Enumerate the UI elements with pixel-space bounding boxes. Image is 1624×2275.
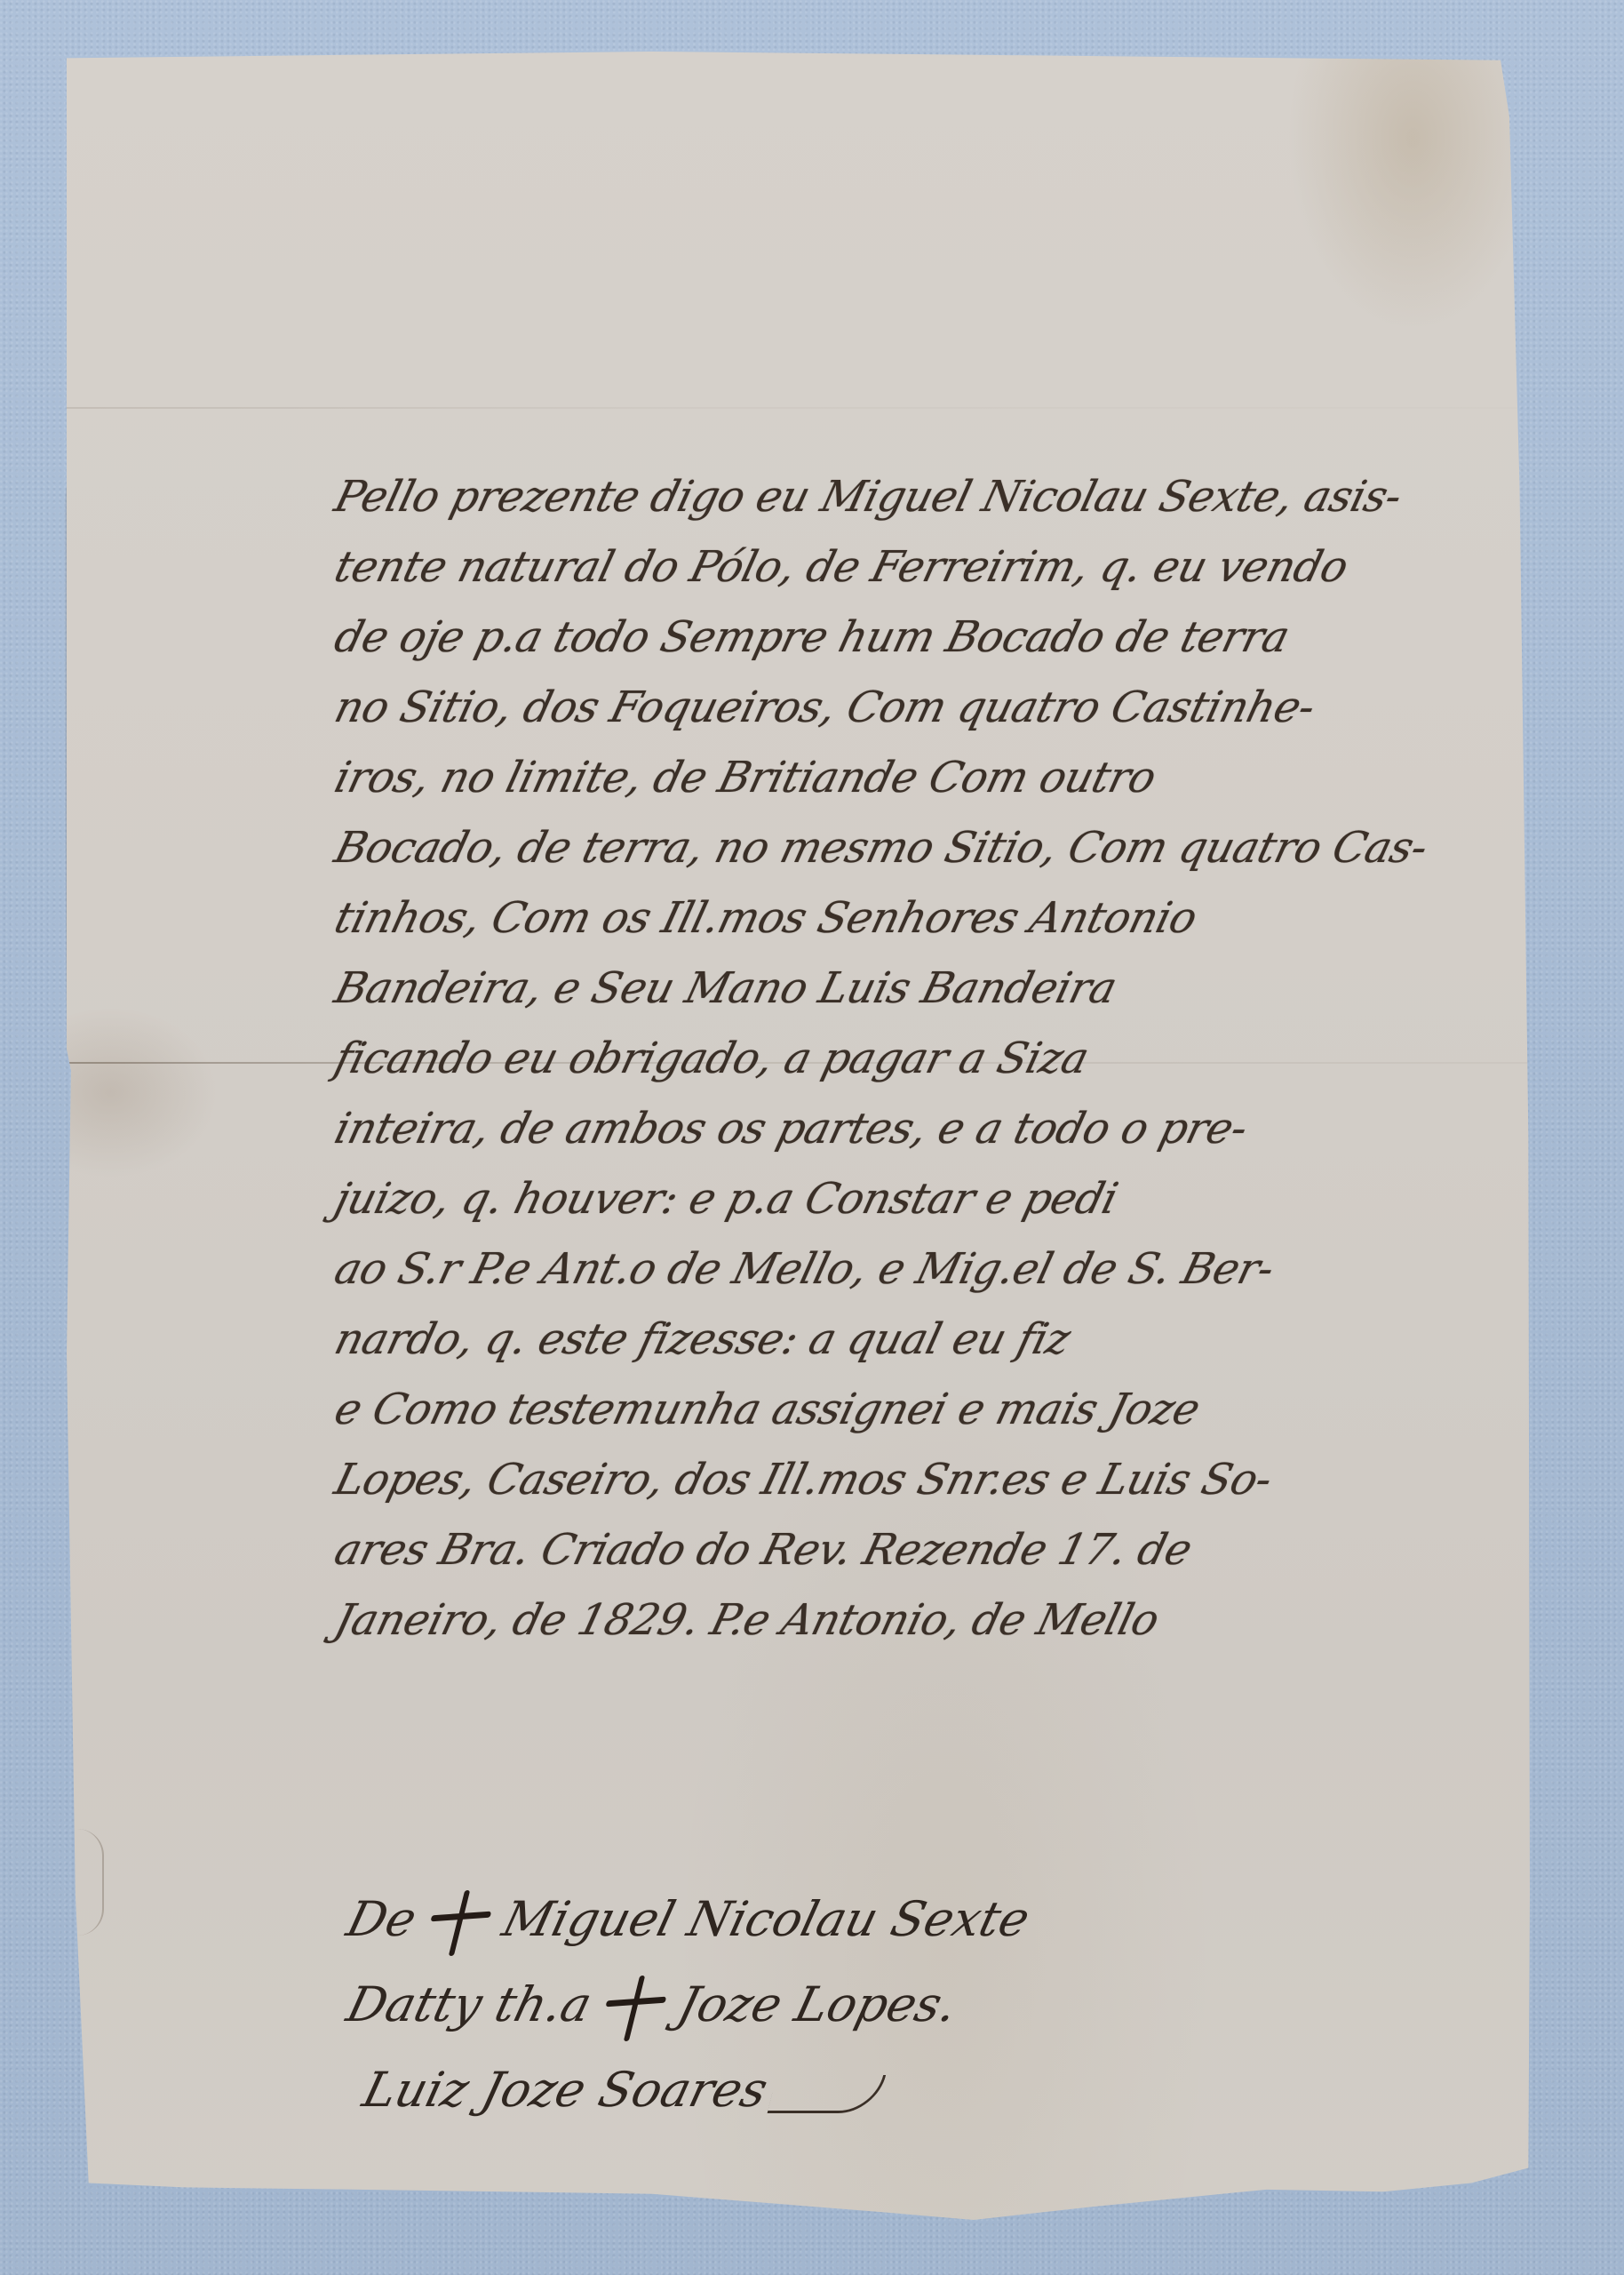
manuscript-line: ficando eu obrigado, a pagar a Siza [327,1024,1571,1094]
manuscript-line: iros, no limite, de Britiande Com outro [327,743,1571,813]
manuscript-line: inteira, de ambos os partes, e a todo o … [327,1094,1571,1164]
signature-name: Joze Lopes. [673,1976,963,2032]
cross-mark-icon [422,1890,497,1956]
manuscript-line: ao S.r P.e Ant.o de Mello, e Mig.el de S… [327,1234,1571,1305]
signature-block: DeMiguel Nicolau Sexte Datty th.aJoze Lo… [348,1877,1028,2133]
signature-prefix: De [341,1891,422,1947]
manuscript-line: de oje p.a todo Sempre hum Bocado de ter… [327,603,1571,673]
manuscript-line: Pello prezente digo eu Miguel Nicolau Se… [327,462,1571,532]
signature-miguel: DeMiguel Nicolau Sexte [338,1877,1039,1962]
signature-luiz-joze: Luiz Joze Soares [354,2047,1039,2133]
manuscript-line: ares Bra. Criado do Rev. Rezende 17. de [327,1515,1571,1585]
manuscript-line: e Como testemunha assignei e mais Joze [327,1375,1571,1445]
manuscript-line: tente natural do Pólo, de Ferreirim, q. … [327,532,1571,603]
manuscript-line: nardo, q. este fizesse: a qual eu fiz [327,1305,1571,1375]
manuscript-line: no Sitio, dos Foqueiros, Com quatro Cast… [327,673,1571,743]
manuscript-line: Lopes, Caseiro, dos Ill.mos Snr.es e Lui… [327,1445,1571,1515]
manuscript-line: Janeiro, de 1829. P.e Antonio, de Mello [327,1585,1571,1656]
signature-name: Miguel Nicolau Sexte [498,1891,1036,1947]
cross-mark-icon [597,1976,672,2041]
signature-joze-lopes: Datty th.aJoze Lopes. [338,1962,1039,2047]
manuscript-line: juizo, q. houver: e p.a Constar e pedi [327,1164,1571,1234]
manuscript-line: Bandeira, e Seu Mano Luis Bandeira [327,954,1571,1024]
signature-name: Luiz Joze Soares [357,2062,773,2118]
manuscript-body: Pello prezente digo eu Miguel Nicolau Se… [336,462,1562,1656]
manuscript-line: tinhos, Com os Ill.mos Senhores Antonio [327,883,1571,954]
paper-tear [67,1829,104,1936]
signature-flourish-icon [768,2075,887,2113]
manuscript-line: Bocado, de terra, no mesmo Sitio, Com qu… [327,813,1571,883]
paper-fold-line [67,407,1530,409]
signature-prefix: Datty th.a [341,1976,597,2032]
